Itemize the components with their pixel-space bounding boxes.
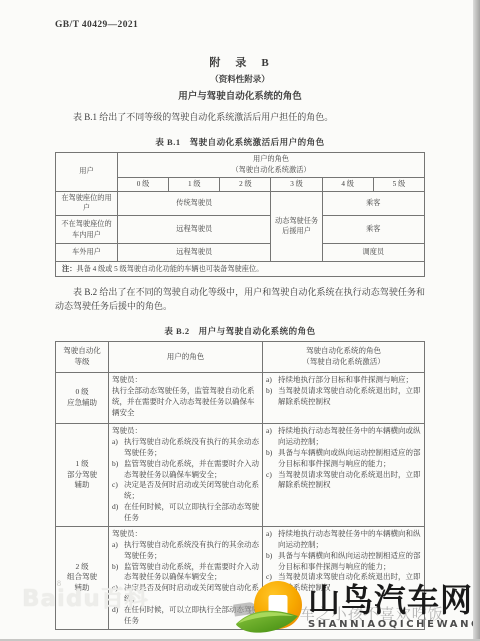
item-marker: b) — [266, 386, 278, 408]
b2-user-intro: 驾驶员： — [112, 375, 259, 386]
photo-edge-right — [473, 0, 480, 641]
logo-subtitle: SHANNIAOQICHEWANG — [308, 619, 480, 630]
b1-user-cell: 不在驾驶座位的车内用户 — [56, 216, 118, 244]
b1-level-1: 1 级 — [169, 177, 220, 191]
b1-note-label: 注： — [62, 265, 76, 273]
item-text: 在任何时候，可以立即执行全部动态驾驶任务 — [124, 502, 259, 524]
b2-user-role-cell: 驾驶员： 执行全部动态驾驶任务，监管驾驶自动化系统，并在需要时介入动态驾驶任务以… — [109, 373, 263, 424]
shanniao-logo: 山鸟汽车网 SHANNIAOQICHEWANG — [234, 578, 480, 640]
b2-system-role-cell: a)持续地执行动态驾驶任务中的车辆横向或纵向运动控制； b)具备与车辆横向或纵向… — [263, 424, 425, 527]
shanniao-logo-mark — [234, 578, 306, 640]
standard-number: GB/T 40429—2021 — [55, 20, 425, 30]
b1-level-2: 2 级 — [220, 177, 271, 191]
b2-level-cell: 0 级 应急辅助 — [56, 373, 109, 424]
b2-system-item: a)持续地执行部分目标和事件探测与响应； — [266, 375, 421, 386]
item-text: 持续地执行动态驾驶任务中的车辆横向和纵向运动控制； — [278, 529, 421, 551]
b2-system-item: a)持续地执行动态驾驶任务中的车辆横向或纵向运动控制； — [266, 426, 421, 448]
b2-header-system-line2: （驾驶自动化系统激活） — [266, 357, 421, 368]
item-text: 具备与车辆横向和纵向运动控制相适应的部分目标和事件探测与响应的能力； — [278, 551, 421, 573]
b1-header-roles-line2: （驾驶自动化系统激活） — [120, 165, 422, 176]
b2-header-system-line1: 驾驶自动化系统的角色 — [266, 346, 421, 357]
appendix-title-block: 附 录 B （资料性附录） 用户与驾驶自动化系统的角色 — [55, 54, 425, 102]
b1-role-cell: 传统驾驶员 — [118, 191, 271, 216]
table-b1-header-row-1: 用户 用户的角色 （驾驶自动化系统激活） — [56, 152, 425, 177]
item-text: 具备与车辆横向或纵向运动控制相适应的部分目标和事件探测与响应的能力； — [278, 448, 421, 470]
b2-header-level-line2: 等级 — [59, 357, 105, 368]
logo-leaf-icon — [236, 611, 298, 633]
b2-user-item: d)在任何时候，可以立即执行全部动态驾驶任务 — [112, 502, 259, 524]
b1-note-text: 具备 4 级或 5 级驾驶自动化功能的车辆也可装备驾驶座位。 — [76, 265, 263, 273]
b1-role-cell: 乘客 — [322, 216, 424, 244]
item-text: 持续地执行动态驾驶任务中的车辆横向或纵向运动控制； — [278, 426, 421, 448]
b2-system-item: a)持续地执行动态驾驶任务中的车辆横向和纵向运动控制； — [266, 529, 421, 551]
b1-header-roles: 用户的角色 （驾驶自动化系统激活） — [118, 152, 425, 177]
b2-level-line: 2 级 — [59, 562, 105, 573]
item-marker: c) — [266, 470, 278, 492]
b2-level-line: 辅助 — [59, 480, 105, 491]
b1-role-cell: 远程驾驶员 — [118, 216, 271, 244]
b1-note-cell: 注：具备 4 级或 5 级驾驶自动化功能的车辆也可装备驾驶座位。 — [56, 262, 425, 277]
item-marker: b) — [112, 459, 124, 481]
b1-level-5: 5 级 — [373, 177, 424, 191]
scanned-page: GB/T 40429—2021 附 录 B （资料性附录） 用户与驾驶自动化系统… — [0, 0, 480, 641]
table-b1-row-driver-seat: 在驾驶座位的用户 传统驾驶员 动态驾驶任务后援用户 乘客 — [56, 191, 425, 216]
b2-header-level: 驾驶自动化 等级 — [56, 342, 109, 373]
b1-user-cell: 在驾驶座位的用户 — [56, 191, 118, 216]
b1-header-user: 用户 — [56, 152, 118, 191]
document-content: GB/T 40429—2021 附 录 B （资料性附录） 用户与驾驶自动化系统… — [0, 0, 480, 630]
item-text: 当驾驶员请求驾驶自动化系统退出时，立即解除系统控制权 — [278, 386, 421, 408]
b1-role-cell: 远程驾驶员 — [118, 244, 271, 262]
item-marker: d) — [112, 502, 124, 524]
b2-level-line: 应急辅助 — [59, 398, 105, 409]
b2-level-line: 0 级 — [59, 387, 105, 398]
b2-user-body: 执行全部动态驾驶任务，监管驾驶自动化系统，并在需要时介入动态驾驶任务以确保车辆安… — [112, 386, 259, 419]
b1-role-cell: 调度员 — [322, 244, 424, 262]
appendix-subtitle: （资料性附录） — [55, 73, 425, 85]
table-b1-note-row: 注：具备 4 级或 5 级驾驶自动化功能的车辆也可装备驾驶座位。 — [56, 262, 425, 277]
logo-text-block: 山鸟汽车网 SHANNIAOQICHEWANG — [308, 578, 480, 630]
b2-system-item: b)具备与车辆横向和纵向运动控制相适应的部分目标和事件探测与响应的能力； — [266, 551, 421, 573]
item-text: 监管驾驶自动化系统，并在需要时介入动态驾驶任务以确保车辆安全； — [124, 459, 259, 481]
b2-system-item: c)当驾驶员请求驾驶自动化系统退出时，立即解除系统控制权 — [266, 470, 421, 492]
b1-level-0: 0 级 — [118, 177, 169, 191]
b1-header-roles-line1: 用户的角色 — [120, 154, 422, 165]
item-marker: c) — [112, 480, 124, 502]
item-marker: a) — [266, 375, 278, 386]
b1-level-3: 3 级 — [271, 177, 322, 191]
table-b1-caption: 表 B.1 驾驶自动化系统激活后用户的角色 — [55, 136, 425, 148]
item-marker: a) — [266, 529, 278, 551]
item-text: 持续地执行部分目标和事件探测与响应； — [278, 375, 421, 386]
b2-system-item: b)当驾驶员请求驾驶自动化系统退出时，立即解除系统控制权 — [266, 386, 421, 408]
appendix-title: 附 录 B — [55, 54, 425, 70]
b2-system-item: b)具备与车辆横向或纵向运动控制相适应的部分目标和事件探测与响应的能力； — [266, 448, 421, 470]
item-text: 执行驾驶自动化系统没有执行的其余动态驾驶任务； — [124, 540, 259, 562]
table-b1: 用户 用户的角色 （驾驶自动化系统激活） 0 级 1 级 2 级 3 级 4 级… — [55, 152, 425, 277]
logo-title: 山鸟汽车网 — [308, 584, 480, 618]
b2-user-item: c)决定是否及何时启动或关闭驾驶自动化系统； — [112, 480, 259, 502]
b1-level-4: 4 级 — [322, 177, 373, 191]
item-marker: a) — [266, 426, 278, 448]
table-b1-row-in-vehicle: 不在驾驶座位的车内用户 远程驾驶员 乘客 — [56, 216, 425, 244]
b2-level-line: 部分驾驶 — [59, 470, 105, 481]
item-marker: b) — [266, 551, 278, 573]
table-b2-header-row: 驾驶自动化 等级 用户的角色 驾驶自动化系统的角色 （驾驶自动化系统激活） — [56, 342, 425, 373]
paragraph-b1-intro: 表 B.1 给出了不同等级的驾驶自动化系统激活后用户担任的角色。 — [55, 111, 425, 125]
b2-header-system-role: 驾驶自动化系统的角色 （驾驶自动化系统激活） — [263, 342, 425, 373]
b2-user-item: b)监管驾驶自动化系统，并在需要时介入动态驾驶任务以确保车辆安全； — [112, 459, 259, 481]
item-marker: a) — [112, 437, 124, 459]
b1-user-cell: 车外用户 — [56, 244, 118, 262]
table-b2-row-level0: 0 级 应急辅助 驾驶员： 执行全部动态驾驶任务，监管驾驶自动化系统，并在需要时… — [56, 373, 425, 424]
paragraph-b2-intro: 表 B.2 给出了在不同的驾驶自动化等级中，用户和驾驶自动化系统在执行动态驾驶任… — [55, 286, 425, 314]
b2-level-cell: 2 级 组合驾驶 辅助 — [56, 526, 109, 629]
b1-level3-merged-cell: 动态驾驶任务后援用户 — [271, 191, 322, 262]
table-b2-row-level1: 1 级 部分驾驶 辅助 驾驶员： a)执行驾驶自动化系统没有执行的其余动态驾驶任… — [56, 424, 425, 527]
b1-role-cell: 乘客 — [322, 191, 424, 216]
item-text: 决定是否及何时启动或关闭驾驶自动化系统； — [124, 480, 259, 502]
b2-user-item: a)执行驾驶自动化系统没有执行的其余动态驾驶任务； — [112, 540, 259, 562]
b2-user-role-cell: 驾驶员： a)执行驾驶自动化系统没有执行的其余动态驾驶任务； b)监管驾驶自动化… — [109, 424, 263, 527]
b2-level-line: 1 级 — [59, 459, 105, 470]
appendix-heading: 用户与驾驶自动化系统的角色 — [55, 88, 425, 102]
b2-system-role-cell: a)持续地执行部分目标和事件探测与响应； b)当驾驶员请求驾驶自动化系统退出时，… — [263, 373, 425, 424]
item-marker: b) — [266, 448, 278, 470]
item-text: 执行驾驶自动化系统没有执行的其余动态驾驶任务； — [124, 437, 259, 459]
b2-user-intro: 驾驶员： — [112, 529, 259, 540]
table-b1-row-outside: 车外用户 远程驾驶员 调度员 — [56, 244, 425, 262]
b2-user-intro: 驾驶员： — [112, 426, 259, 437]
item-text: 当驾驶员请求驾驶自动化系统退出时，立即解除系统控制权 — [278, 470, 421, 492]
item-marker: a) — [112, 540, 124, 562]
b2-header-user-role: 用户的角色 — [109, 342, 263, 373]
baidu-baike-watermark: Baidu百科 — [22, 580, 149, 613]
b2-level-cell: 1 级 部分驾驶 辅助 — [56, 424, 109, 527]
b2-header-level-line1: 驾驶自动化 — [59, 346, 105, 357]
b2-user-item: a)执行驾驶自动化系统没有执行的其余动态驾驶任务； — [112, 437, 259, 459]
table-b2-caption: 表 B.2 用户与驾驶自动化系统的角色 — [55, 325, 425, 337]
